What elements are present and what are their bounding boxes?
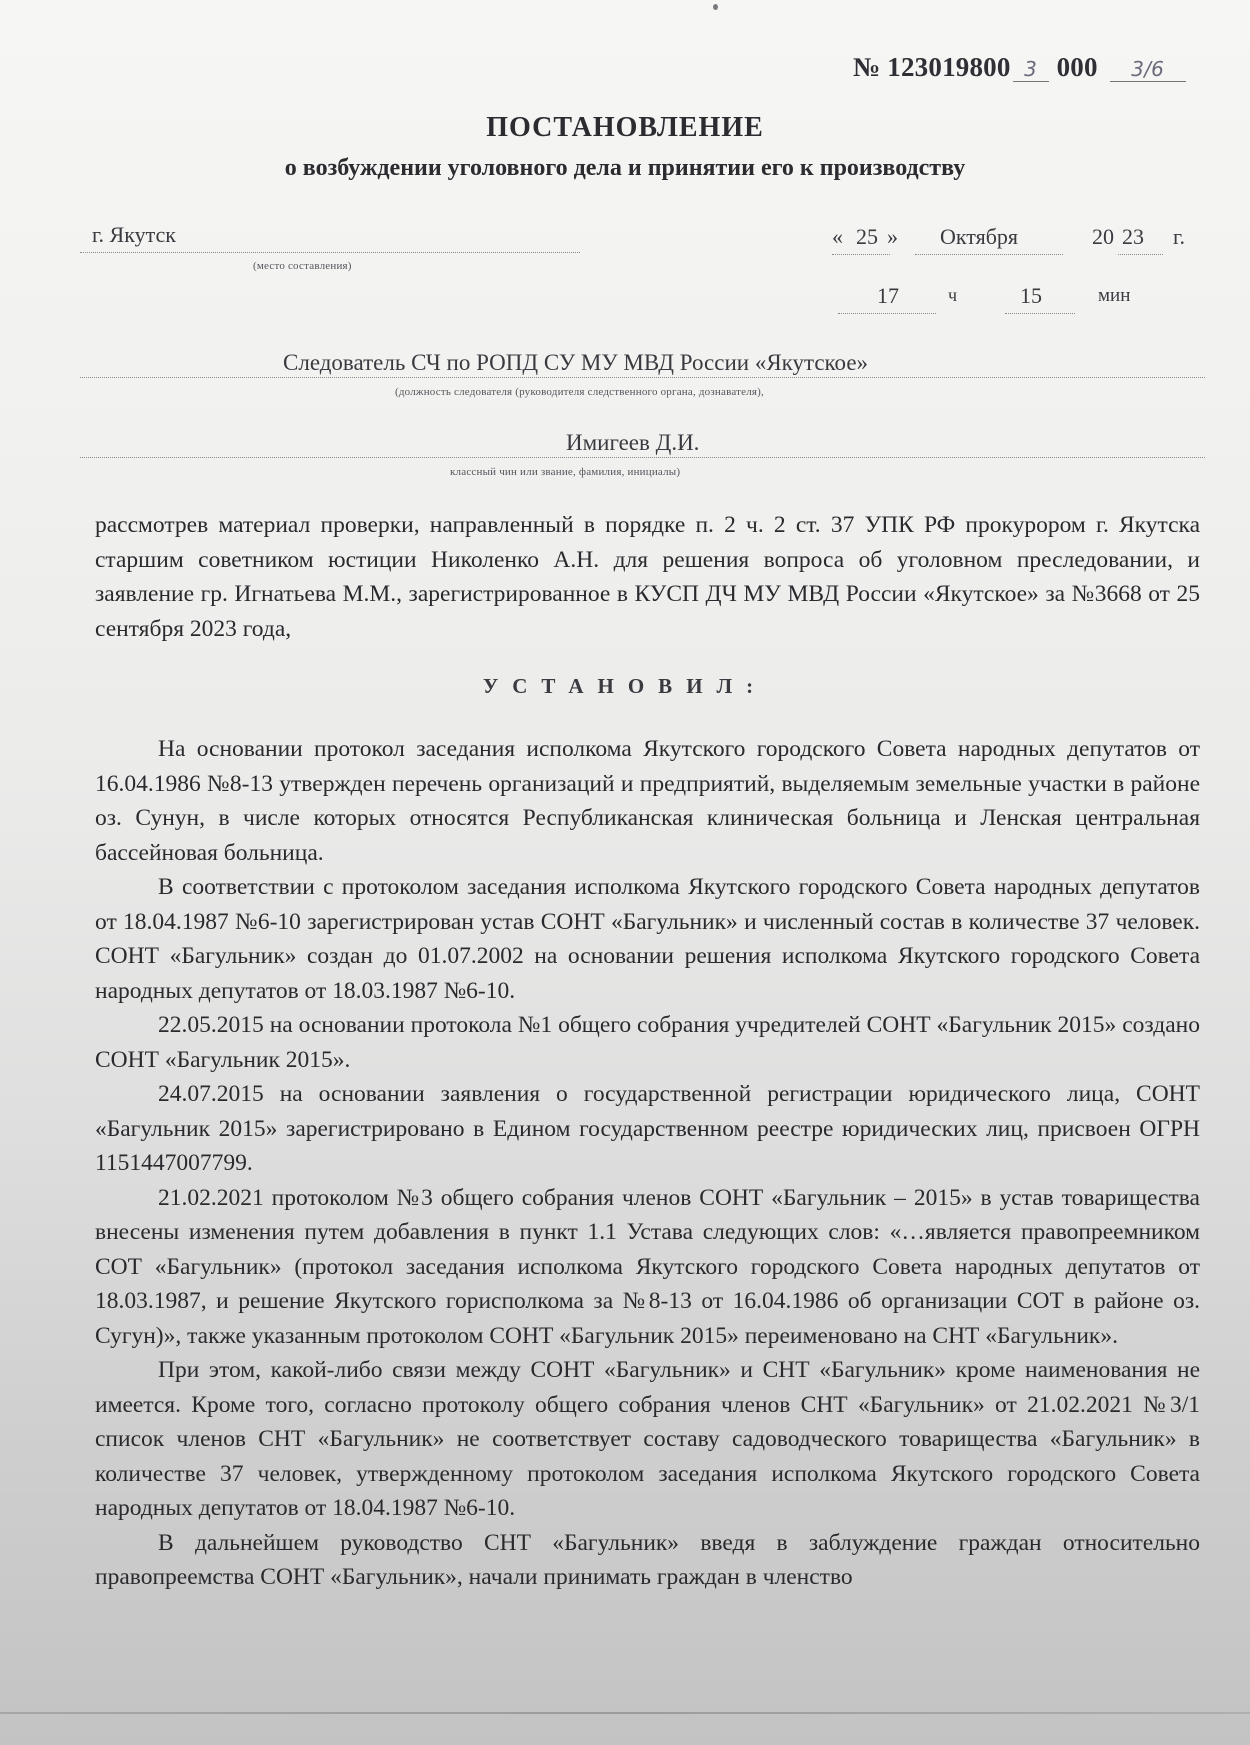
place-caption: (место составления) — [253, 260, 352, 272]
case-number-handwritten-1: 3 — [1013, 57, 1049, 82]
name-caption: классный чин или звание, фамилия, инициа… — [450, 466, 680, 478]
year-line — [1118, 254, 1163, 255]
case-number-prefix: № 123019800 — [853, 52, 1011, 82]
date-year-label: г. — [1173, 224, 1185, 250]
official-name: Имигеев Д.И. — [566, 430, 699, 456]
findings-body: На основании протокол заседания исполком… — [95, 732, 1200, 1595]
date-year-suffix: 23 — [1122, 224, 1144, 250]
paragraph-2: В соответствии с протоколом заседания ис… — [95, 870, 1200, 1008]
case-number-middle: 000 — [1057, 52, 1098, 82]
month-line — [915, 254, 1063, 255]
section-heading-ustanovil: УСТАНОВИЛ: — [0, 674, 1250, 699]
time-hour: 17 — [877, 283, 899, 309]
time-minute: 15 — [1020, 283, 1042, 309]
paragraph-4: 24.07.2015 на основании заявления о госу… — [95, 1077, 1200, 1181]
date-month: Октября — [940, 224, 1018, 250]
paragraph-5: 21.02.2021 протоколом №3 общего собрания… — [95, 1181, 1200, 1354]
place-line — [80, 252, 580, 253]
place-value: г. Якутск — [92, 222, 176, 248]
case-number-handwritten-2: 3/6 — [1110, 57, 1186, 82]
time-minute-label: мин — [1098, 285, 1130, 307]
paragraph-1: На основании протокол заседания исполком… — [95, 732, 1200, 870]
date-year-prefix: 20 — [1092, 224, 1114, 250]
document-title: ПОСТАНОВЛЕНИЕ — [0, 112, 1250, 144]
date-close-quote: » — [887, 224, 898, 250]
intro-paragraph: рассмотрев материал проверки, направленн… — [95, 508, 1200, 646]
time-hour-label: ч — [948, 285, 957, 306]
position-caption: (должность следователя (руководителя сле… — [395, 386, 764, 398]
hour-line — [838, 313, 936, 314]
intro-text: рассмотрев материал проверки, направленн… — [95, 508, 1200, 646]
name-line — [80, 457, 1205, 458]
paragraph-3: 22.05.2015 на основании протокола №1 общ… — [95, 1008, 1200, 1077]
document-subtitle: о возбуждении уголовного дела и принятии… — [0, 155, 1250, 182]
day-line — [832, 254, 890, 255]
date-day: 25 — [856, 224, 878, 250]
page-mark — [713, 4, 718, 10]
paragraph-6: При этом, какой-либо связи между СОНТ «Б… — [95, 1353, 1200, 1526]
date-open-quote: « — [832, 224, 843, 250]
page-fold-line — [0, 1712, 1250, 1714]
minute-line — [1005, 313, 1075, 314]
paragraph-7: В дальнейшем руководство СНТ «Багульник»… — [95, 1526, 1200, 1595]
case-number: № 12301980030003/6 — [853, 52, 1186, 83]
position-line — [80, 377, 1205, 378]
official-position: Следователь СЧ по РОПД СУ МУ МВД России … — [283, 350, 868, 376]
